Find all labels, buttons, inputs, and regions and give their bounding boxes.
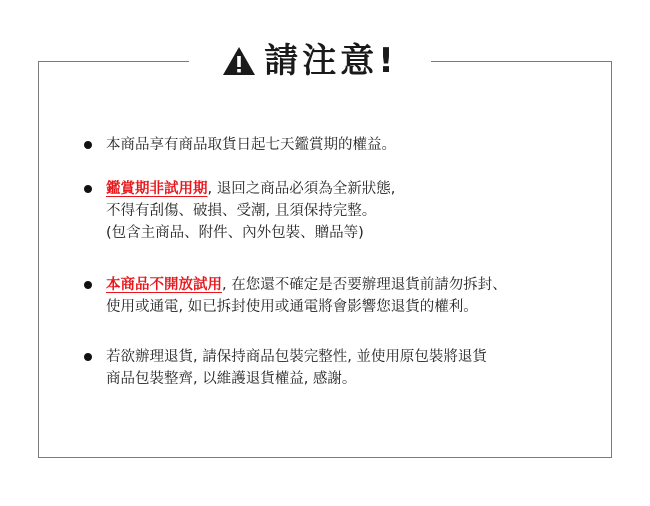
notice-line: 本商品不開放試用, 在您還不確定是否要辦理退貨前請勿拆封、: [106, 274, 594, 296]
notice-item-1: 本商品享有商品取貨日起七天鑑賞期的權益。: [84, 134, 594, 156]
notice-list: 本商品享有商品取貨日起七天鑑賞期的權益。 鑑賞期非試用期, 退回之商品必須為全新…: [84, 134, 594, 390]
notice-title-text: 請注意!: [264, 38, 398, 84]
notice-line: 若欲辦理退貨, 請保持商品包裝完整性, 並使用原包裝將退貨: [106, 346, 594, 368]
notice-line: 不得有刮傷、破損、受潮, 且須保持完整。: [106, 200, 594, 222]
notice-line: 使用或通電, 如已拆封使用或通電將會影響您退貨的權利。: [106, 296, 594, 318]
warning-triangle-icon: [222, 46, 256, 76]
highlight-text: 本商品不開放試用: [106, 277, 222, 293]
highlight-text: 鑑賞期非試用期: [106, 181, 208, 197]
notice-line: 商品包裝整齊, 以維護退貨權益, 感謝。: [106, 368, 594, 390]
notice-line: 鑑賞期非試用期, 退回之商品必須為全新狀態,: [106, 178, 594, 200]
bullet-icon: [84, 185, 92, 193]
notice-line: (包含主商品、附件、內外包裝、贈品等): [106, 222, 594, 244]
notice-item-3: 本商品不開放試用, 在您還不確定是否要辦理退貨前請勿拆封、 使用或通電, 如已拆…: [84, 274, 594, 318]
notice-title: 請注意!: [189, 38, 431, 84]
notice-item-2: 鑑賞期非試用期, 退回之商品必須為全新狀態, 不得有刮傷、破損、受潮, 且須保持…: [84, 178, 594, 244]
notice-line: 本商品享有商品取貨日起七天鑑賞期的權益。: [106, 134, 594, 156]
notice-item-4: 若欲辦理退貨, 請保持商品包裝完整性, 並使用原包裝將退貨 商品包裝整齊, 以維…: [84, 346, 594, 390]
bullet-icon: [84, 281, 92, 289]
bullet-icon: [84, 141, 92, 149]
bullet-icon: [84, 353, 92, 361]
